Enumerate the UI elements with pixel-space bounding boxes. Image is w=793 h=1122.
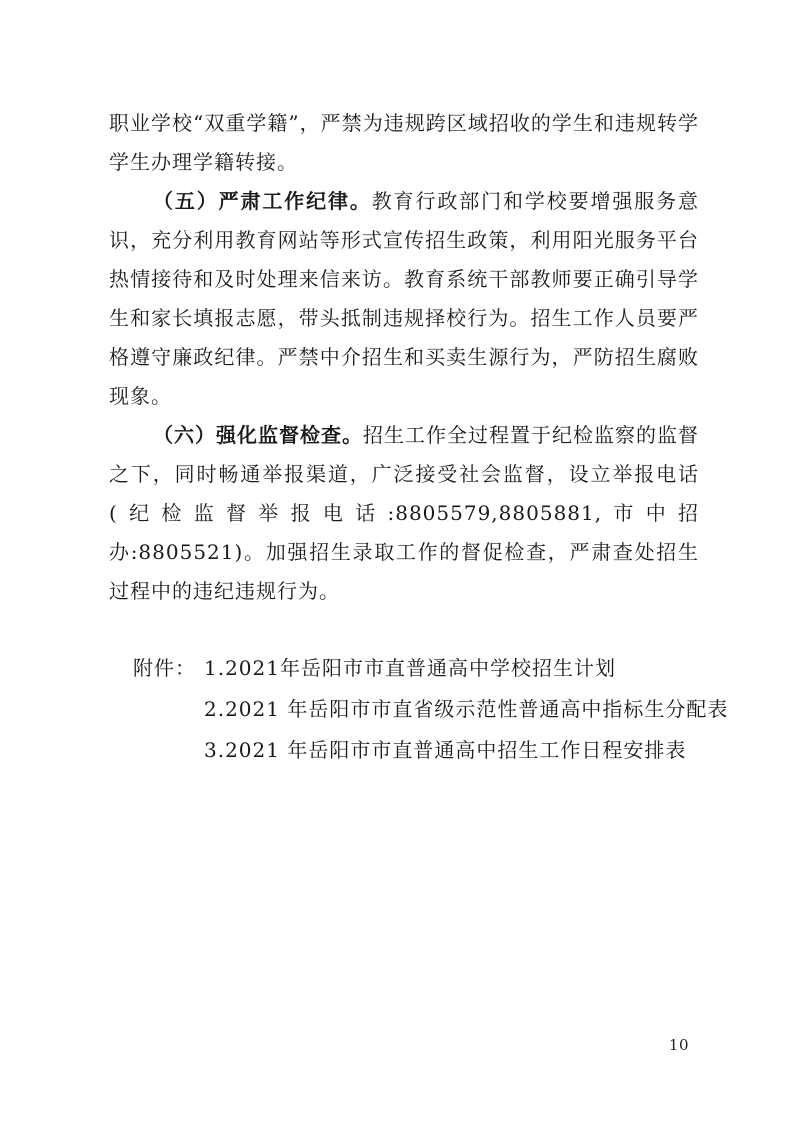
attachments-block: 附件： 1.2021年岳阳市市直普通高中学校招生计划 2.2021 年岳阳市市直…: [133, 648, 728, 771]
document-body: 职业学校“双重学籍”，严禁为违规跨区域招收的学生和违规转学学生办理学籍转接。 （…: [109, 104, 699, 611]
attachment-item-3: 3.2021 年岳阳市市直普通高中招生工作日程安排表: [204, 730, 728, 771]
paragraph-continuation: 职业学校“双重学籍”，严禁为违规跨区域招收的学生和违规转学学生办理学籍转接。: [109, 104, 699, 182]
paragraph-section-6: （六）强化监督检查。招生工作全过程置于纪检监察的监督之下，同时畅通举报渠道，广泛…: [109, 416, 699, 611]
document-page: 职业学校“双重学籍”，严禁为违规跨区域招收的学生和违规转学学生办理学籍转接。 （…: [0, 0, 793, 1122]
attachments-list: 1.2021年岳阳市市直普通高中学校招生计划 2.2021 年岳阳市市直省级示范…: [204, 648, 728, 771]
attachment-item-2: 2.2021 年岳阳市市直省级示范性普通高中指标生分配表: [204, 689, 728, 730]
attachment-item-1: 1.2021年岳阳市市直普通高中学校招生计划: [204, 648, 728, 689]
section-6-heading: （六）强化监督检查。: [153, 423, 363, 447]
attachments-label: 附件：: [133, 648, 196, 689]
paragraph-text: 招生工作全过程置于纪检监察的监督之下，同时畅通举报渠道，广泛接受社会监督，设立举…: [109, 423, 699, 603]
paragraph-section-5: （五）严肃工作纪律。教育行政部门和学校要增强服务意识，充分利用教育网站等形式宣传…: [109, 182, 699, 416]
paragraph-text: 职业学校“双重学籍”，严禁为违规跨区域招收的学生和违规转学学生办理学籍转接。: [109, 111, 699, 174]
page-number: 10: [669, 1036, 689, 1054]
section-5-heading: （五）严肃工作纪律。: [153, 189, 372, 213]
paragraph-text: 教育行政部门和学校要增强服务意识，充分利用教育网站等形式宣传招生政策，利用阳光服…: [109, 189, 699, 408]
